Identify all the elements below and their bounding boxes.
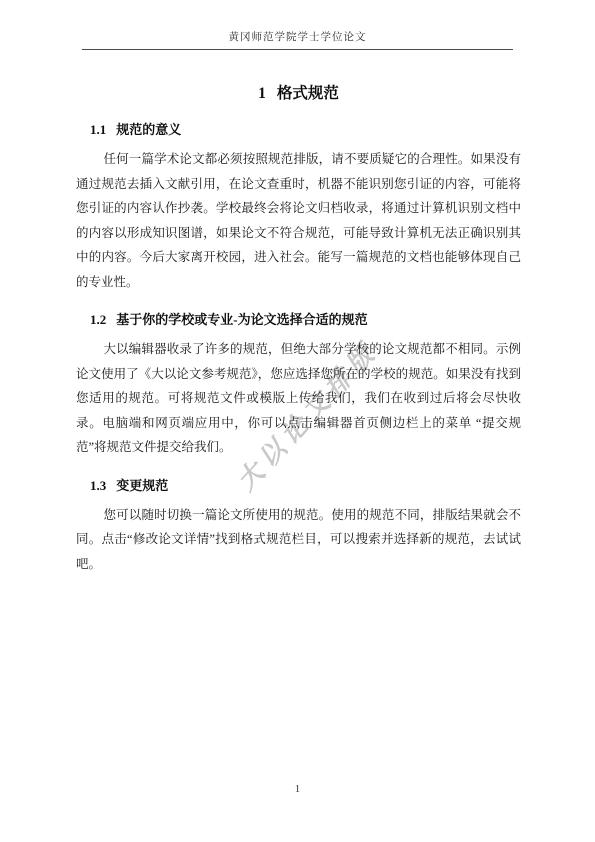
paragraph: 大以编辑器收录了许多的规范，但绝大部分学校的论文规范都不相同。示例论文使用了《大… bbox=[76, 337, 521, 460]
section-heading-1-3: 1.3变更规范 bbox=[90, 477, 521, 494]
document-body: 1格式规范 1.1规范的意义 任何一篇学术论文都必须按照规范排版，请不要质疑它的… bbox=[76, 0, 521, 576]
section-heading-text: 基于你的学校或专业-为论文选择合适的规范 bbox=[116, 312, 367, 327]
section-heading-text: 变更规范 bbox=[116, 478, 168, 493]
section-heading-text: 规范的意义 bbox=[116, 122, 181, 137]
chapter-number: 1 bbox=[258, 85, 266, 102]
chapter-title-text: 格式规范 bbox=[277, 85, 339, 102]
paragraph: 任何一篇学术论文都必须按照规范排版，请不要质疑它的合理性。如果没有通过规范去插入… bbox=[76, 147, 521, 294]
section-number: 1.3 bbox=[90, 478, 106, 493]
paragraph: 您可以随时切换一篇论文所使用的规范。使用的规范不同，排版结果就会不同。点击“修改… bbox=[76, 503, 521, 577]
section-heading-1-2: 1.2基于你的学校或专业-为论文选择合适的规范 bbox=[90, 311, 521, 328]
section-heading-1-1: 1.1规范的意义 bbox=[90, 121, 521, 138]
document-page: 黄冈师范学院学士学位论文 大以论文排版 1格式规范 1.1规范的意义 任何一篇学… bbox=[0, 0, 595, 842]
page-number: 1 bbox=[0, 784, 595, 795]
section-number: 1.2 bbox=[90, 312, 106, 327]
chapter-title: 1格式规范 bbox=[76, 84, 521, 104]
section-number: 1.1 bbox=[90, 122, 106, 137]
